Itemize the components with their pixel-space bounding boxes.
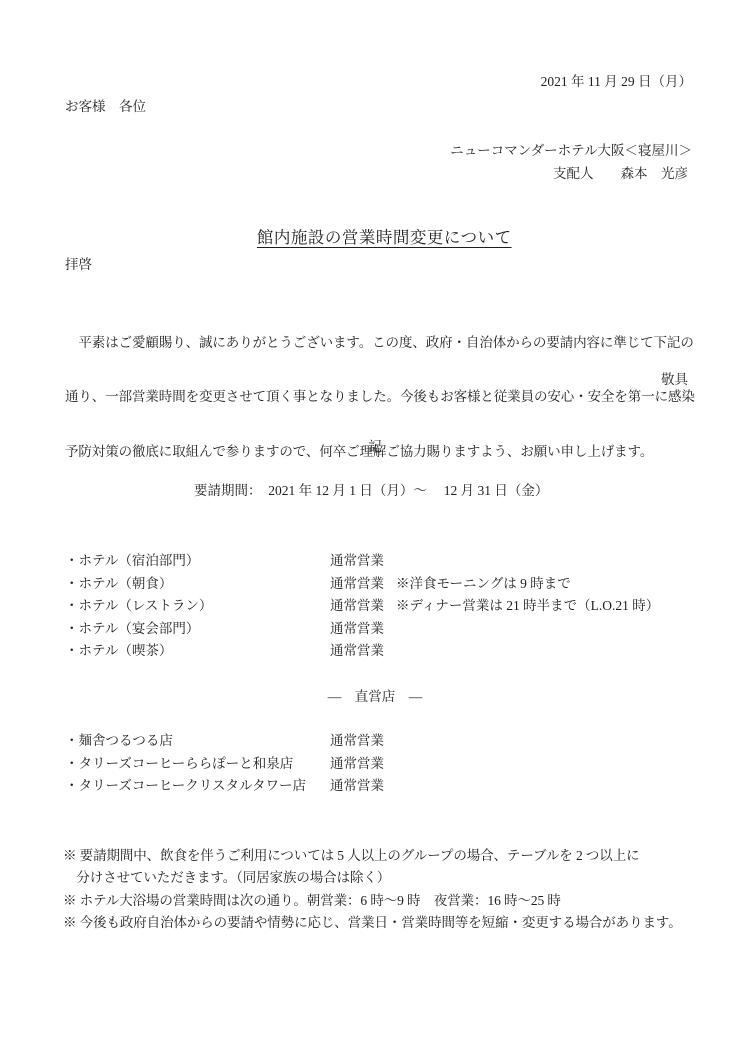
facility-list: ・ホテル（宿泊部門） 通常営業 ・ホテル（朝食） 通常営業 ※洋食モーニングは … [65, 549, 710, 662]
record-heading: 記 [0, 435, 750, 455]
body-line: 平素はご愛顧賜り、誠にありがとうございます。この度、政府・自治体からの要請内容に… [65, 331, 693, 353]
facility-status: 通常営業 [330, 572, 384, 592]
store-status: 通常営業 [330, 752, 384, 772]
opening-greeting: 拝啓 [65, 253, 92, 273]
salutation: お客様 各位 [65, 95, 146, 115]
facility-row: ・ホテル（喫茶） 通常営業 [65, 639, 710, 662]
facility-status: 通常営業 [330, 594, 384, 614]
facility-row: ・ホテル（レストラン） 通常営業 ※ディナー営業は 21 時半まで（L.O.21… [65, 594, 710, 617]
facility-name: ・ホテル（レストラン） [65, 594, 330, 614]
sender-organization: ニューコマンダーホテル大阪＜寝屋川＞ [450, 139, 692, 159]
facility-row: ・ホテル（朝食） 通常営業 ※洋食モーニングは 9 時まで [65, 572, 710, 595]
facility-name: ・ホテル（喫茶） [65, 639, 330, 659]
store-row: ・タリーズコーヒークリスタルタワー店 通常営業 [65, 774, 710, 797]
facility-row: ・ホテル（宿泊部門） 通常営業 [65, 549, 710, 572]
store-status: 通常営業 [330, 774, 384, 794]
document-page: 2021 年 11 月 29 日（月） お客様 各位 ニューコマンダーホテル大阪… [0, 0, 750, 1061]
footnote-line: ※ ホテル大浴場の営業時間は次の通り。朝営業：6 時～9 時 夜営業：16 時～… [63, 889, 720, 911]
direct-stores-heading: ― 直営店 ― [0, 685, 750, 705]
store-row: ・タリーズコーヒーららぽーと和泉店 通常営業 [65, 752, 710, 775]
facility-status: 通常営業 [330, 639, 384, 659]
facility-note: ※ディナー営業は 21 時半まで（L.O.21 時） [396, 594, 659, 614]
facility-status: 通常営業 [330, 617, 384, 637]
facility-status: 通常営業 [330, 549, 384, 569]
facility-name: ・ホテル（宴会部門） [65, 617, 330, 637]
document-title-text: 館内施設の営業時間変更について [257, 228, 512, 247]
facility-name: ・ホテル（朝食） [65, 572, 330, 592]
closing-greeting: 敬具 [661, 368, 688, 388]
facility-name: ・ホテル（宿泊部門） [65, 549, 330, 569]
footnote-line: ※ 要請期間中、飲食を伴うご利用については 5 人以上のグループの場合、テーブル… [63, 844, 720, 866]
store-name: ・麺舎つるつる店 [65, 729, 330, 749]
direct-store-list: ・麺舎つるつる店 通常営業 ・タリーズコーヒーららぽーと和泉店 通常営業 ・タリ… [65, 729, 710, 797]
footnotes: ※ 要請期間中、飲食を伴うご利用については 5 人以上のグループの場合、テーブル… [63, 844, 720, 934]
store-row: ・麺舎つるつる店 通常営業 [65, 729, 710, 752]
document-title: 館内施設の営業時間変更について [0, 204, 750, 268]
facility-row: ・ホテル（宴会部門） 通常営業 [65, 617, 710, 640]
date-line: 2021 年 11 月 29 日（月） [541, 70, 692, 90]
store-name: ・タリーズコーヒーららぽーと和泉店 [65, 752, 330, 772]
store-status: 通常営業 [330, 729, 384, 749]
body-paragraph: 平素はご愛顧賜り、誠にありがとうございます。この度、政府・自治体からの要請内容に… [65, 299, 693, 494]
request-period: 要請期間： 2021 年 12 月 1 日（月）～ 12 月 31 日（金） [194, 479, 548, 499]
store-name: ・タリーズコーヒークリスタルタワー店 [65, 774, 330, 794]
sender-person: 支配人 森本 光彦 [553, 162, 688, 182]
facility-note: ※洋食モーニングは 9 時まで [396, 572, 571, 592]
body-line: 通り、一部営業時間を変更させて頂く事となりました。今後もお客様と従業員の安心・安… [65, 385, 693, 407]
footnote-line: 分けさせていただきます。（同居家族の場合は除く） [63, 866, 720, 888]
footnote-line: ※ 今後も政府自治体からの要請や情勢に応じ、営業日・営業時間等を短縮・変更する場… [63, 911, 720, 933]
